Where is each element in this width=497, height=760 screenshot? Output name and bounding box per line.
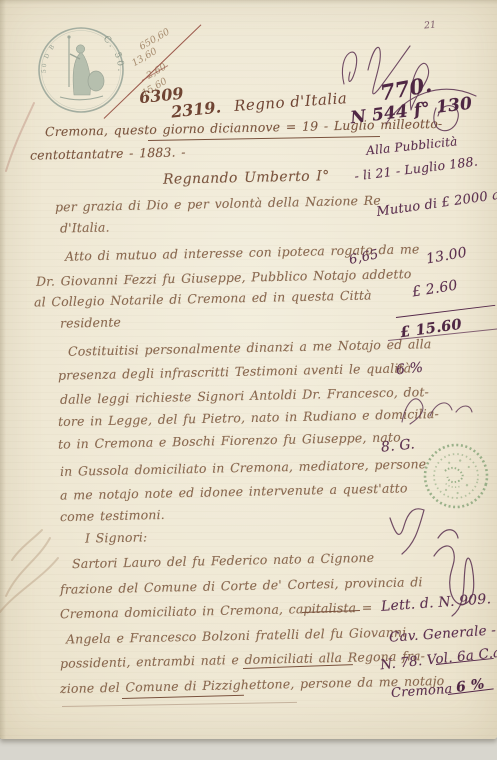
stamp-left-inscription: 50 D B [41,42,57,73]
body-line: d'Italia. [60,219,110,235]
bleed-through-marks [0,95,40,175]
svg-text:C. 50.: C. 50. [101,34,125,73]
paper-edge-top [0,0,497,5]
svg-text:50 D B: 50 D B [41,42,57,73]
stamp-denomination: C. 50. [101,34,125,73]
body-line: residente [60,314,121,330]
margin-interest: 6 % [395,360,424,379]
bleed-through-marks [0,500,108,630]
document-page: C. 50. 50 D B 650,60 13,60 2,60 15,60 63… [0,0,497,760]
ink-scrawl-icon [396,382,476,432]
revenue-stamp-icon: C. 50. 50 D B [36,25,126,115]
